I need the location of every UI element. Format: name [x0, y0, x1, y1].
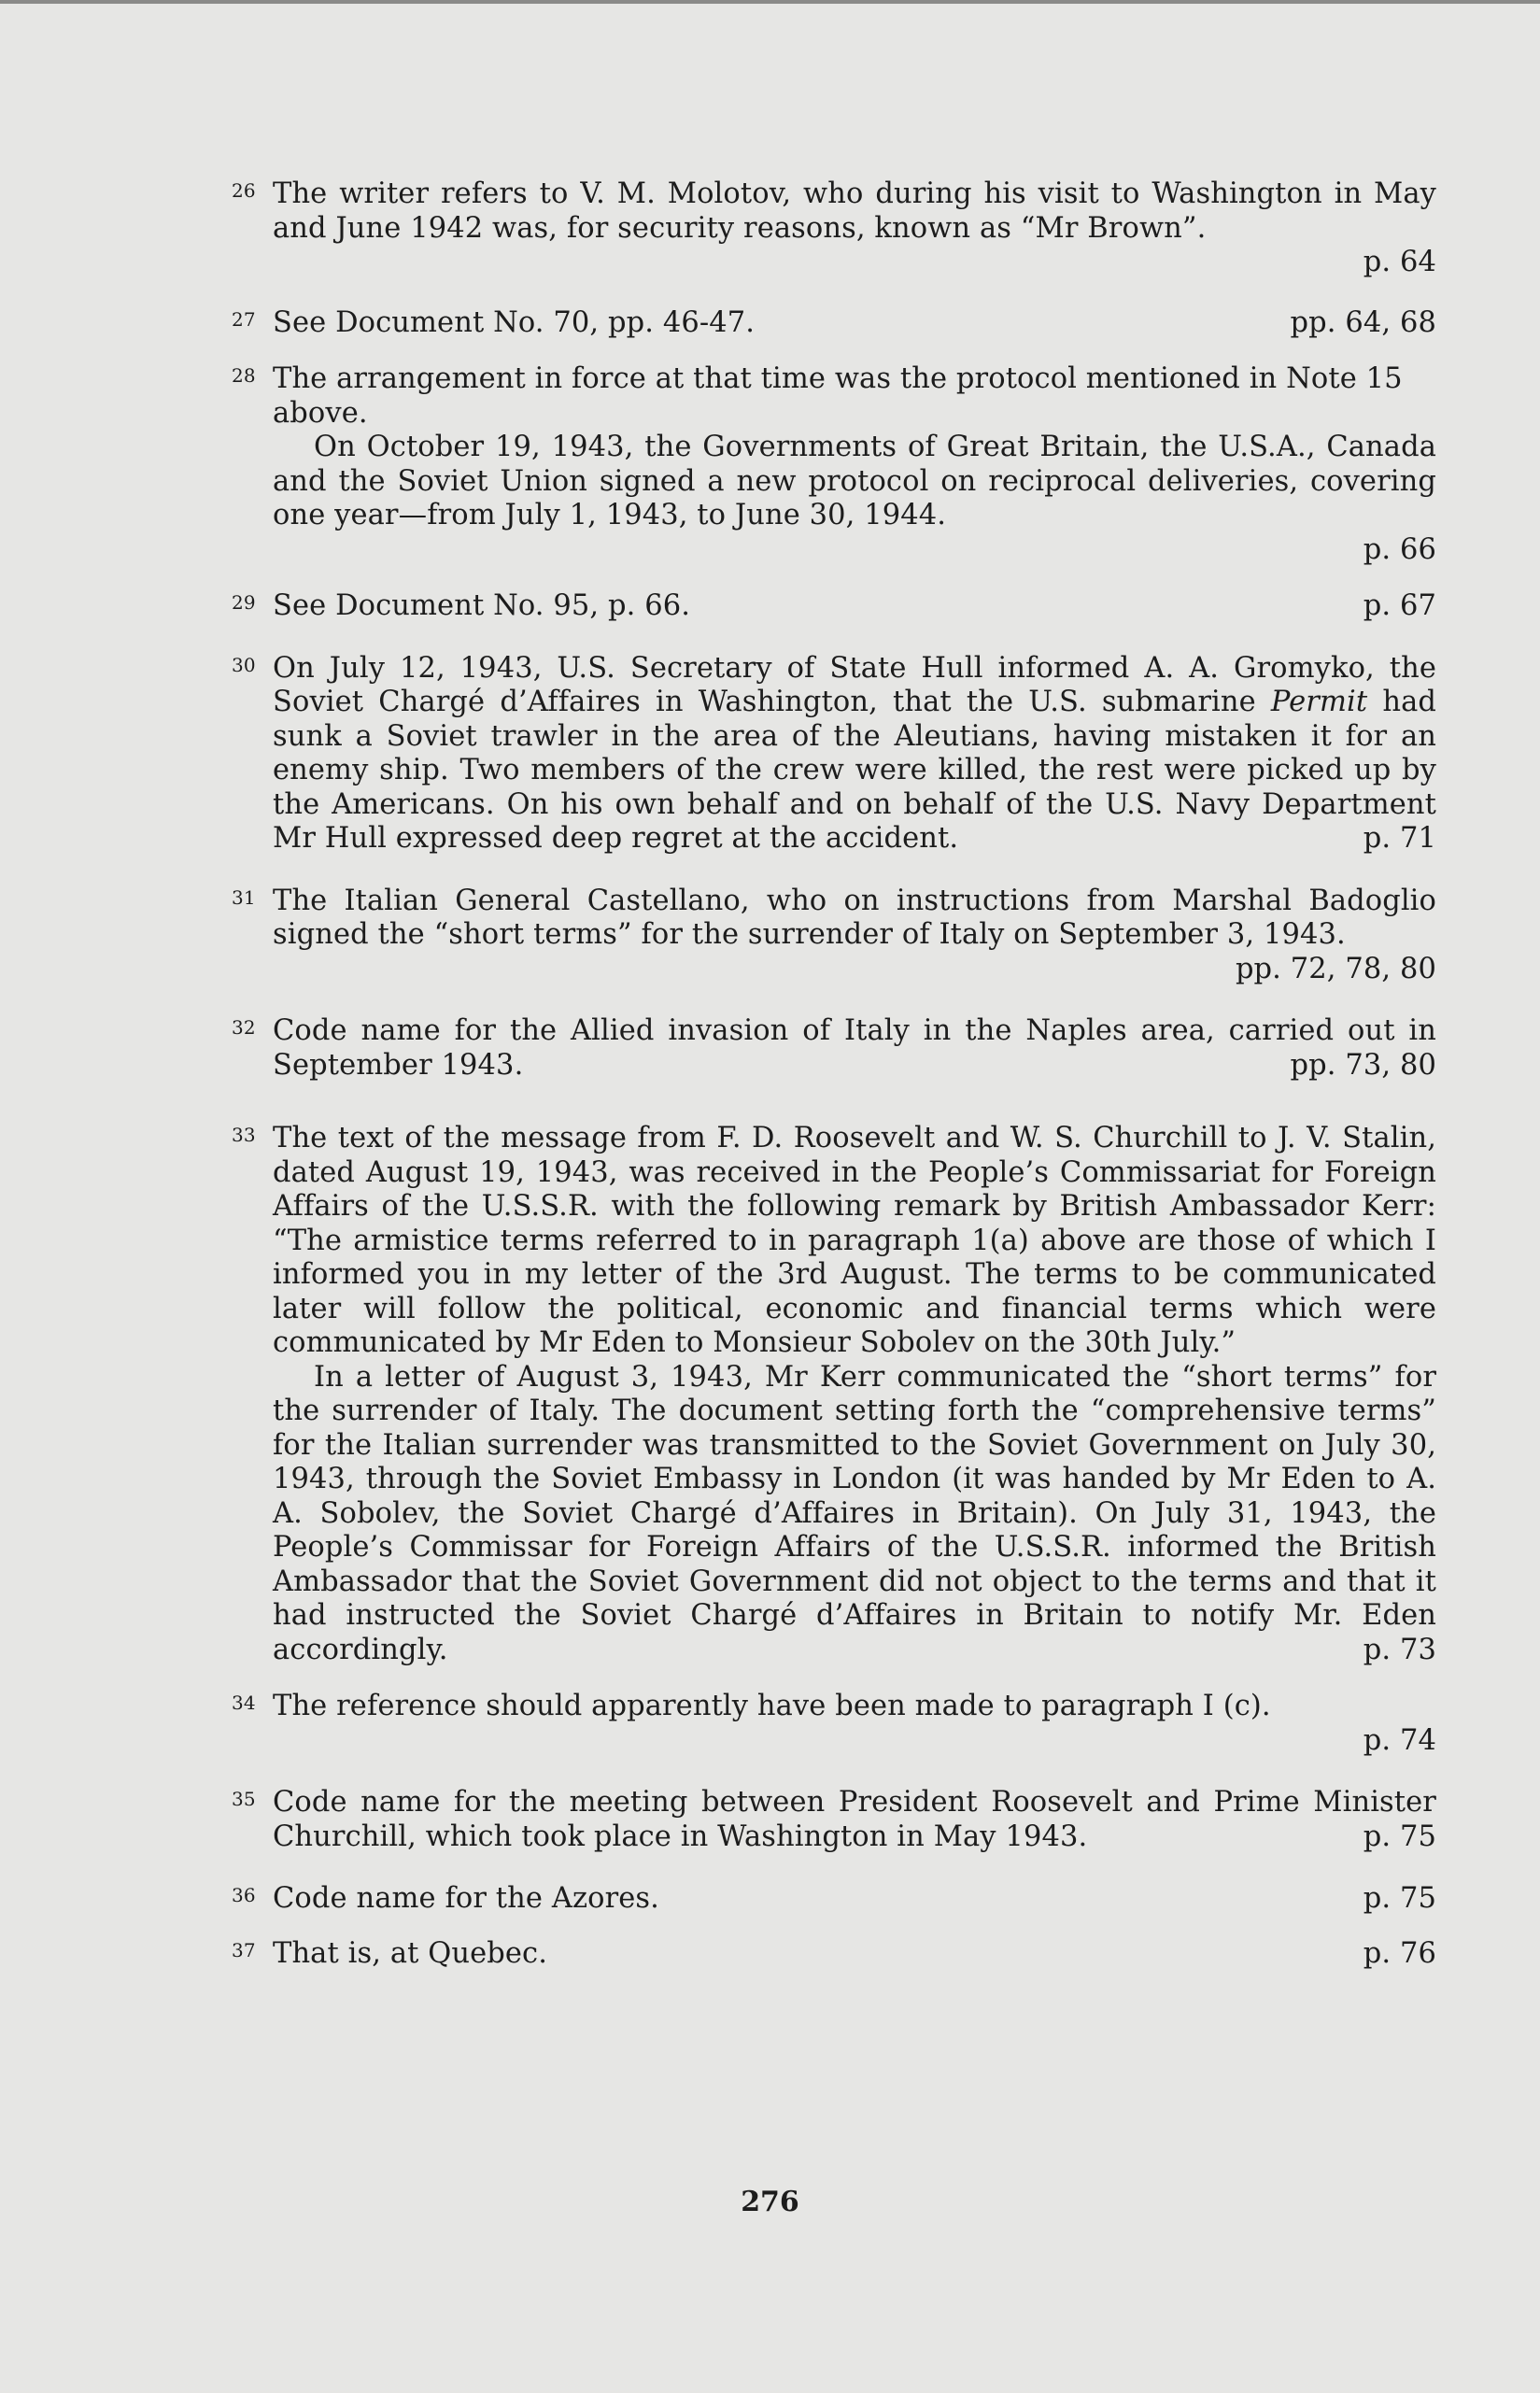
note-text: The writer refers to V. M. Molotov, who … [273, 177, 1436, 245]
page-reference: p. 67 [1345, 589, 1436, 624]
page-reference: p. 66 [273, 533, 1436, 568]
note-text: On October 19, 1943, the Governments of … [273, 431, 1436, 531]
note-number: 36 [232, 1884, 256, 1906]
note-number: 29 [232, 591, 256, 614]
note-number: 35 [232, 1788, 256, 1810]
note-33: 33 The text of the message from F. D. Ro… [232, 1122, 1436, 1667]
note-text: Code name for the Azores. [273, 1882, 659, 1915]
page-number: 276 [0, 2186, 1540, 2218]
note-32: 32 Code name for the Allied invasion of … [232, 1014, 1436, 1083]
note-number: 34 [232, 1692, 256, 1714]
note-number: 37 [232, 1939, 256, 1961]
note-text: The text of the message from F. D. Roose… [273, 1122, 1436, 1359]
page-reference: pp. 64, 68 [1272, 306, 1436, 341]
page-reference: pp. 73, 80 [1272, 1049, 1436, 1083]
submarine-name: Permit [1271, 686, 1367, 718]
note-text: The reference should apparently have bee… [273, 1690, 1271, 1722]
note-35: 35 Code name for the meeting between Pre… [232, 1786, 1436, 1854]
notes-page: 26 The writer refers to V. M. Molotov, w… [232, 177, 1436, 1971]
note-28: 28 The arrangement in force at that time… [232, 362, 1436, 567]
page-reference: p. 75 [1345, 1882, 1436, 1917]
page-reference: p. 73 [1304, 1634, 1436, 1668]
note-text: That is, at Quebec. [273, 1937, 547, 1970]
note-text: In a letter of August 3, 1943, Mr Kerr c… [273, 1361, 1436, 1666]
note-text: See Document No. 95, p. 66. [273, 589, 690, 622]
note-29: 29 p. 67See Document No. 95, p. 66. [232, 589, 1436, 624]
note-36: 36 p. 75Code name for the Azores. [232, 1882, 1436, 1917]
note-number: 30 [232, 654, 256, 676]
note-number: 28 [232, 364, 256, 387]
page-reference: p. 76 [1345, 1937, 1436, 1972]
note-number: 26 [232, 179, 256, 202]
page-reference: p. 75 [1345, 1820, 1436, 1855]
note-number: 33 [232, 1124, 256, 1146]
note-text: The arrangement in force at that time wa… [273, 362, 1403, 430]
note-30: 30 On July 12, 1943, U.S. Secretary of S… [232, 652, 1436, 857]
note-number: 27 [232, 308, 256, 331]
scan-top-edge [0, 0, 1540, 4]
note-text: Code name for the meeting between Presid… [273, 1786, 1436, 1853]
note-number: 32 [232, 1016, 256, 1039]
page-reference: pp. 72, 78, 80 [1217, 953, 1436, 987]
page-reference: p. 71 [1345, 822, 1436, 857]
note-26: 26 The writer refers to V. M. Molotov, w… [232, 177, 1436, 280]
note-31: 31 The Italian General Castellano, who o… [232, 885, 1436, 987]
note-text: On July 12, 1943, U.S. Secretary of Stat… [273, 652, 1436, 719]
note-number: 31 [232, 886, 256, 909]
page-reference: p. 74 [273, 1724, 1436, 1759]
note-37: 37 p. 76That is, at Quebec. [232, 1937, 1436, 1972]
note-text: The Italian General Castellano, who on i… [273, 885, 1436, 952]
note-27: 27 pp. 64, 68See Document No. 70, pp. 46… [232, 306, 1436, 341]
note-34: 34 The reference should apparently have … [232, 1690, 1436, 1758]
note-text: Code name for the Allied invasion of Ita… [273, 1014, 1436, 1082]
note-text: See Document No. 70, pp. 46-47. [273, 306, 755, 339]
page-reference: p. 64 [273, 246, 1436, 280]
